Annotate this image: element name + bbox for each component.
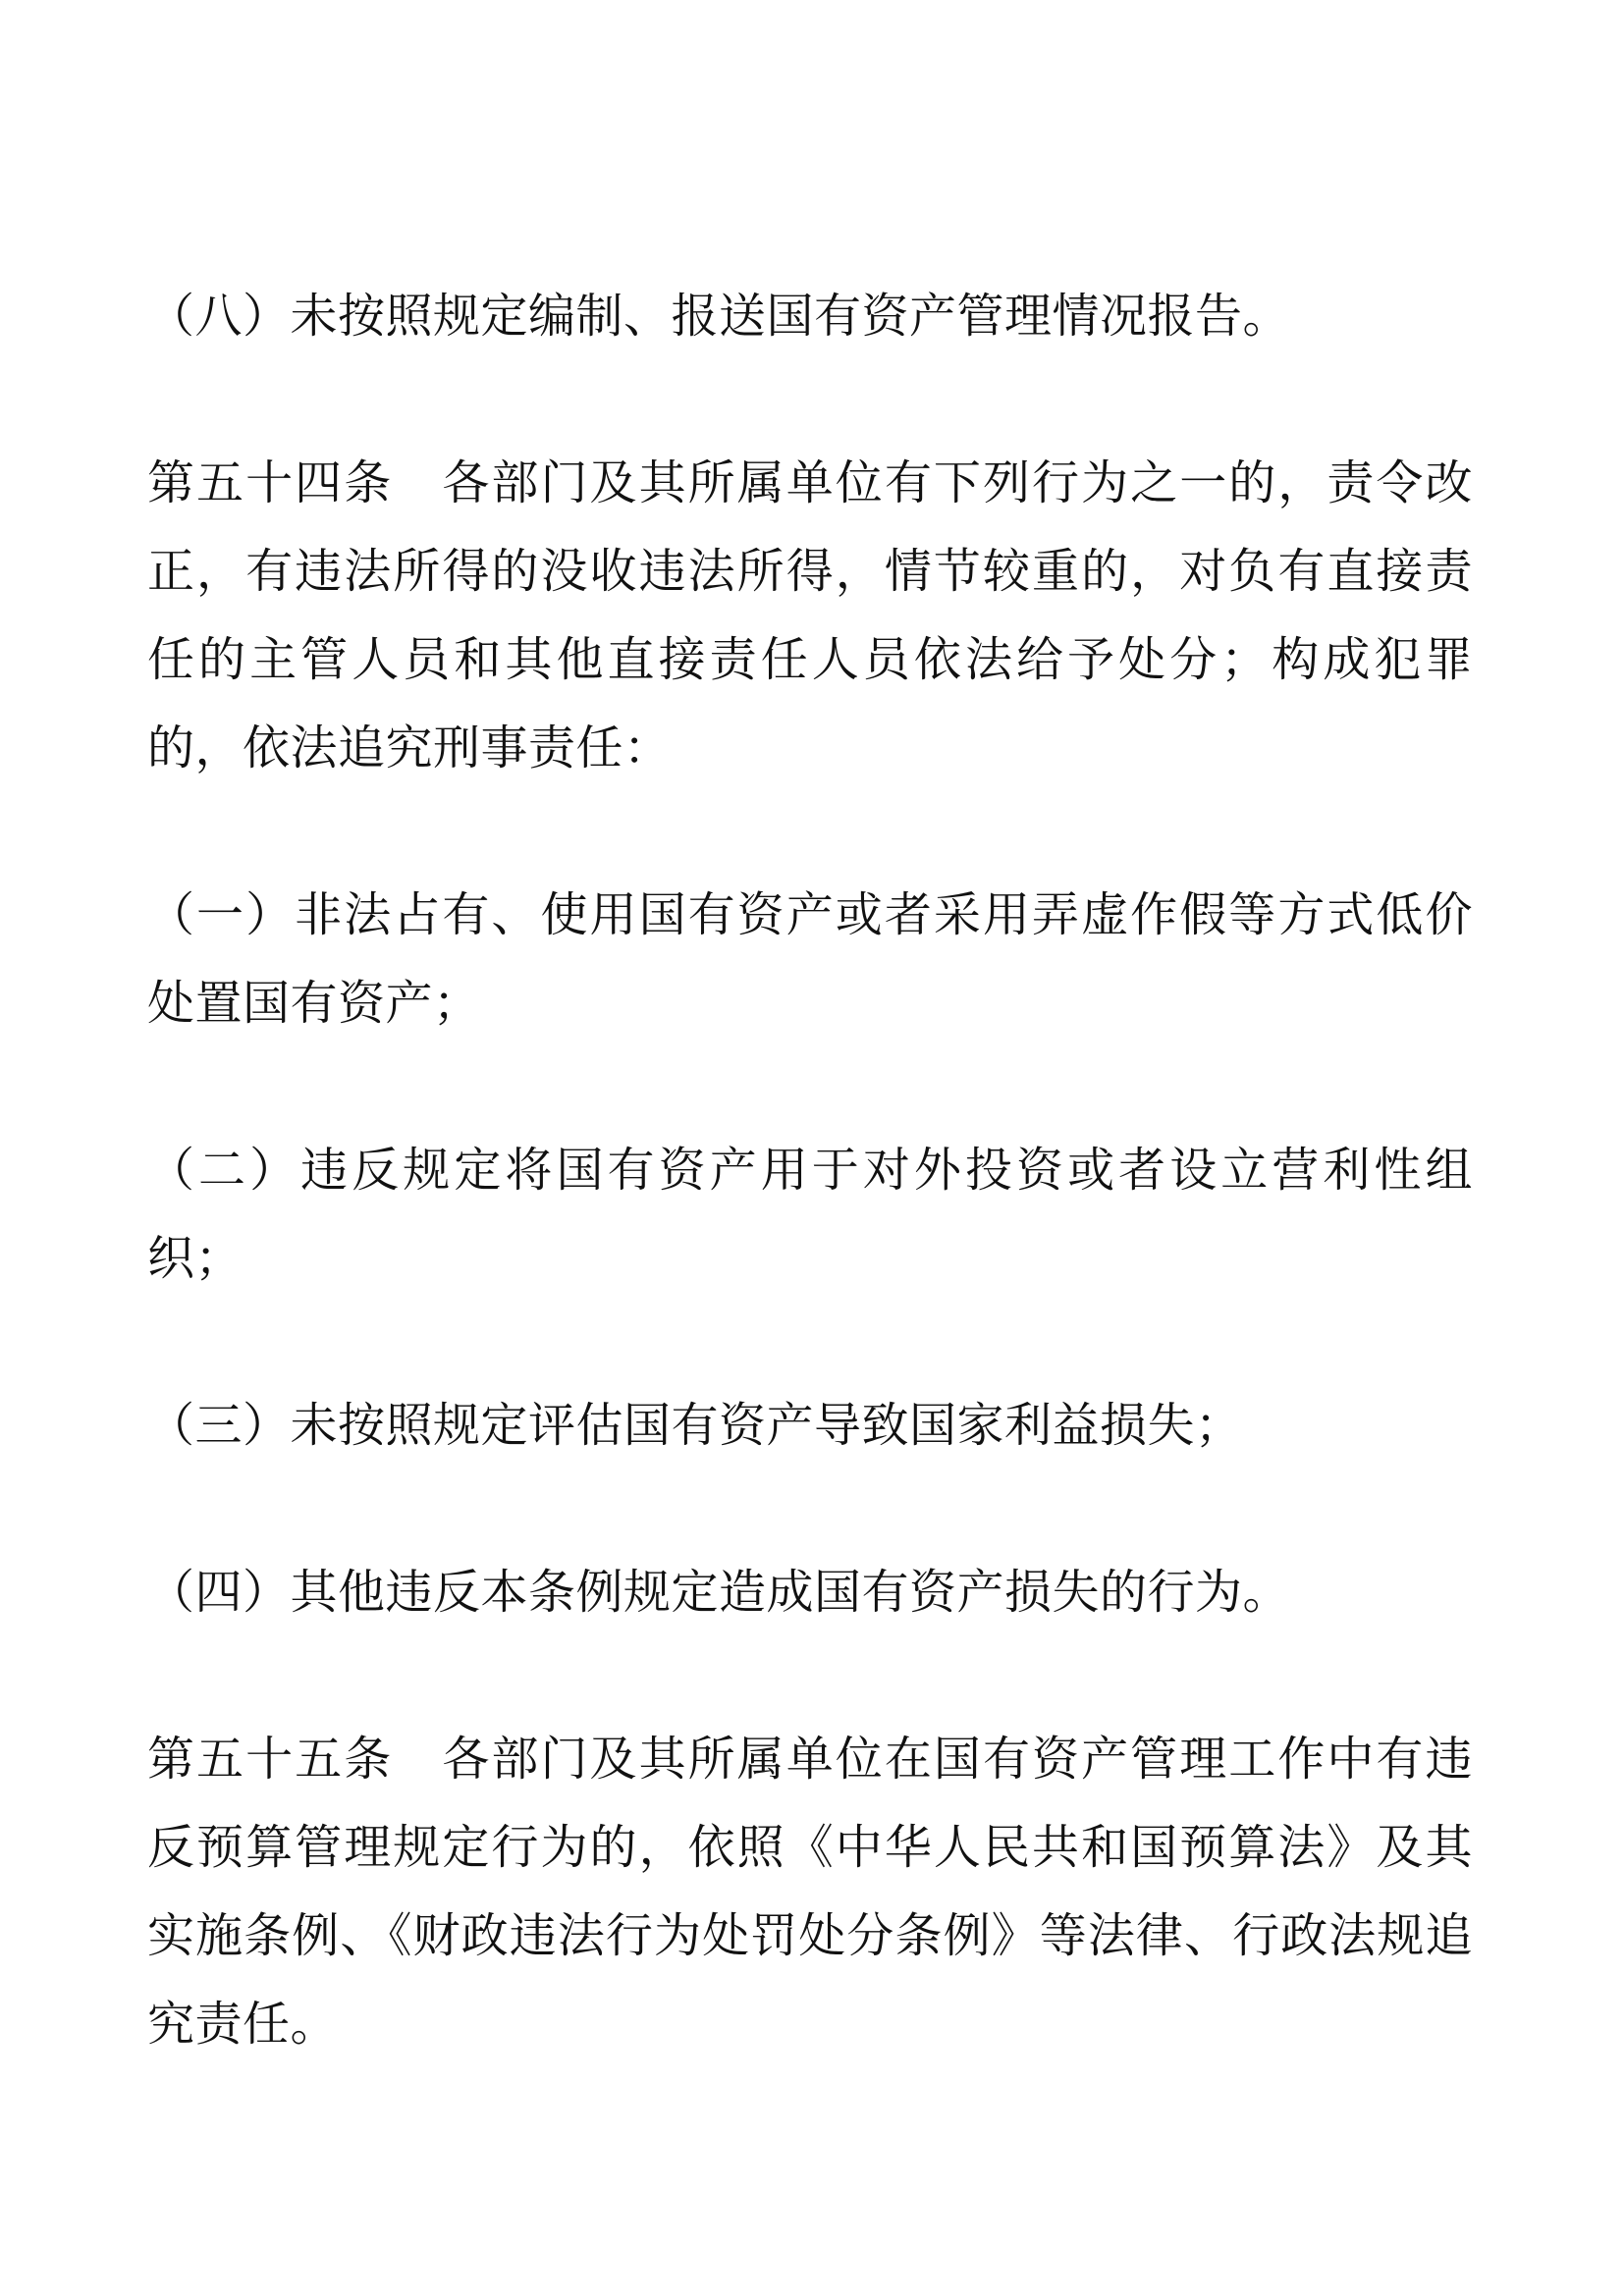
document-page: （八）未按照规定编制、报送国有资产管理情况报告。 第五十四条 各部门及其所属单位… bbox=[0, 0, 1624, 2296]
paragraph-article-55: 第五十五条 各部门及其所属单位在国有资产管理工作中有违反预算管理规定行为的，依照… bbox=[147, 1716, 1473, 2069]
paragraph-article-54: 第五十四条 各部门及其所属单位有下列行为之一的，责令改正，有违法所得的没收违法所… bbox=[147, 440, 1473, 793]
document-body-text: （八）未按照规定编制、报送国有资产管理情况报告。 第五十四条 各部门及其所属单位… bbox=[147, 273, 1473, 2069]
paragraph-item-4: （四）其他违反本条例规定造成国有资产损失的行为。 bbox=[147, 1549, 1473, 1637]
paragraph-item-2: （二）违反规定将国有资产用于对外投资或者设立营利性组织； bbox=[147, 1127, 1473, 1304]
paragraph-item-3: （三）未按照规定评估国有资产导致国家利益损失； bbox=[147, 1382, 1473, 1470]
paragraph-item-8: （八）未按照规定编制、报送国有资产管理情况报告。 bbox=[147, 273, 1473, 361]
paragraph-item-1: （一）非法占有、使用国有资产或者采用弄虚作假等方式低价处置国有资产； bbox=[147, 872, 1473, 1048]
